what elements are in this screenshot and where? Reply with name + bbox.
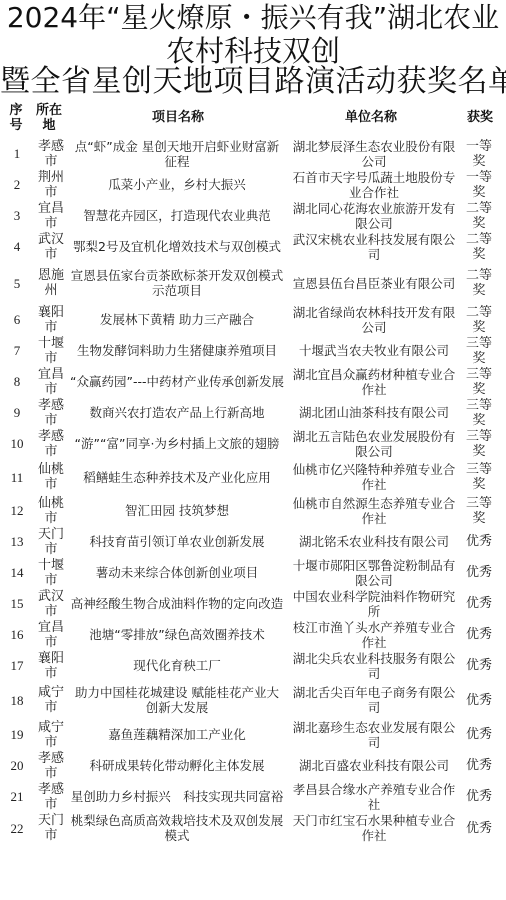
cell-unit: 武汉宋桃农业科技发展有限公司 [288,231,460,262]
cell-project-text: 薯动未来综合体创新创业项目 [96,565,259,580]
table-row: 3 宜昌市 智慧花卉园区，打造现代农业典范 湖北同心花海农业旅游开发有限公司 二… [0,200,506,231]
table-header: 序号 所在地 项目名称 单位名称 获奖 [0,101,506,135]
cell-award: 优秀 [462,781,496,812]
table-row: 7 十堰市 生物发酵饲料助力生猪健康养殖项目 十堰武当农夫牧业有限公司 三等奖 [0,335,506,366]
cell-number: 13 [6,526,28,557]
cell-city-text: 仙桃市 [36,496,66,526]
cell-unit-text: 湖北舌尖百年电子商务有限公司 [288,685,460,715]
cell-number: 8 [6,366,28,397]
cell-unit: 湖北团山油茶科技有限公司 [288,397,460,428]
table-row: 22 天门市 桃梨绿色高质高效栽培技术及双创发展模式 天门市红宝石水果种植专业合… [0,812,506,844]
cell-project: 鄂梨2号及宜机化增效技术与双创模式 [70,231,284,262]
cell-city: 孝感市 [36,428,66,459]
cell-unit-text: 湖北宜昌众赢药材种植专业合作社 [288,367,460,397]
cell-unit: 天门市红宝石水果种植专业合作社 [288,812,460,844]
cell-no-text: 10 [11,436,24,451]
table-row: 17 襄阳市 现代化育秧工厂 湖北尖兵农业科技服务有限公司 优秀 [0,650,506,681]
cell-unit: 石首市天字号瓜蔬土地股份专业合作社 [288,169,460,200]
cell-project: “众赢药园”---中药材产业传承创新发展 [70,366,284,397]
cell-project: 数商兴农打造农产品上行新高地 [70,397,284,428]
cell-award-text: 三等奖 [462,462,496,492]
cell-award-text: 二等奖 [462,268,496,298]
cell-unit-text: 石首市天字号瓜蔬土地股份专业合作社 [288,170,460,200]
cell-city-text: 武汉市 [36,232,66,262]
cell-award: 优秀 [462,750,496,781]
cell-city: 孝感市 [36,138,66,169]
cell-number: 21 [6,781,28,812]
cell-award-text: 三等奖 [462,367,496,397]
cell-award: 优秀 [462,526,496,557]
cell-project: 现代化育秧工厂 [70,650,284,681]
cell-no-text: 12 [11,503,24,518]
cell-no-text: 22 [11,821,24,836]
cell-city: 孝感市 [36,781,66,812]
cell-project-text: “游”“富”同享·为乡村插上文旅的翅膀 [75,436,280,451]
table-row: 4 武汉市 鄂梨2号及宜机化增效技术与双创模式 武汉宋桃农业科技发展有限公司 二… [0,231,506,262]
cell-project-text: 桃梨绿色高质高效栽培技术及双创发展模式 [70,813,284,843]
cell-project: 高神经酸生物合成油料作物的定向改造 [70,588,284,619]
cell-number: 17 [6,650,28,681]
cell-no-text: 9 [14,405,21,420]
cell-city-text: 宜昌市 [36,201,66,231]
cell-number: 1 [6,138,28,169]
cell-unit-text: 湖北同心花海农业旅游开发有限公司 [288,201,460,231]
cell-number: 22 [6,812,28,844]
table-row: 15 武汉市 高神经酸生物合成油料作物的定向改造 中国农业科学院油料作物研究所 … [0,588,506,619]
cell-city-text: 武汉市 [36,589,66,619]
cell-city: 武汉市 [36,588,66,619]
cell-unit: 枝江市渔丫头水产养殖专业合作社 [288,619,460,650]
cell-unit-text: 仙桃市自然源生态养殖专业合作社 [288,496,460,526]
cell-city: 襄阳市 [36,650,66,681]
cell-award: 优秀 [462,588,496,619]
cell-project: 发展林下黄精 助力三产融合 [70,304,284,335]
cell-award-text: 三等奖 [462,336,496,366]
table-row: 6 襄阳市 发展林下黄精 助力三产融合 湖北省绿尚农林科技开发有限公司 二等奖 [0,304,506,335]
cell-award-text: 优秀 [466,758,492,773]
cell-city-text: 孝感市 [36,782,66,812]
cell-number: 3 [6,200,28,231]
cell-number: 11 [6,459,28,495]
cell-unit-text: 湖北嘉珍生态农业发展有限公司 [288,720,460,750]
cell-city-text: 十堰市 [36,336,66,366]
cell-award-text: 优秀 [466,627,492,642]
cell-project-text: 嘉鱼莲藕精深加工产业化 [108,727,246,742]
cell-no-text: 21 [11,789,24,804]
cell-project: 稻鳝蛙生态种养技术及产业化应用 [70,459,284,495]
cell-number: 18 [6,681,28,719]
cell-project: 瓜菜小产业，乡村大振兴 [70,169,284,200]
cell-number: 9 [6,397,28,428]
cell-award-text: 一等奖 [462,139,496,169]
cell-city: 荆州市 [36,169,66,200]
cell-project: 点“虾”成金 星创天地开启虾业财富新征程 [70,138,284,169]
cell-no-text: 8 [14,374,21,389]
cell-award: 优秀 [462,650,496,681]
cell-unit: 孝昌县合缘水产养殖专业合作社 [288,781,460,812]
cell-award-text: 优秀 [466,821,492,836]
cell-project-text: 智汇田园 技筑梦想 [125,503,229,518]
cell-project: 智汇田园 技筑梦想 [70,495,284,526]
cell-number: 5 [6,262,28,304]
cell-no-text: 7 [14,343,21,358]
cell-unit: 湖北尖兵农业科技服务有限公司 [288,650,460,681]
title-line-3: 暨全省星创天地项目路演活动获奖名单 [0,66,506,98]
cell-city: 十堰市 [36,335,66,366]
cell-city-text: 恩施州 [36,268,66,298]
cell-award: 二等奖 [462,262,496,304]
cell-project: 科研成果转化带动孵化主体发展 [70,750,284,781]
cell-city-text: 孝感市 [36,139,66,169]
cell-project-text: 现代化育秧工厂 [133,658,221,673]
cell-unit-text: 湖北省绿尚农林科技开发有限公司 [288,305,460,335]
cell-award-text: 三等奖 [462,429,496,459]
cell-unit-text: 十堰武当农夫牧业有限公司 [299,343,449,358]
cell-unit: 湖北梦辰泽生态农业股份有限公司 [288,138,460,169]
cell-award-text: 二等奖 [462,305,496,335]
cell-number: 6 [6,304,28,335]
cell-city: 宜昌市 [36,366,66,397]
cell-number: 2 [6,169,28,200]
table-row: 21 孝感市 星创助力乡村振兴 科技实现共同富裕 孝昌县合缘水产养殖专业合作社 … [0,781,506,812]
cell-city-text: 天门市 [36,813,66,843]
cell-project-text: 星创助力乡村振兴 科技实现共同富裕 [71,789,284,804]
cell-unit-text: 仙桃市亿兴隆特种养殖专业合作社 [288,462,460,492]
cell-no-text: 15 [11,596,24,611]
cell-city-text: 孝感市 [36,429,66,459]
cell-project: 池塘“零排放”绿色高效圈养技术 [70,619,284,650]
header-unit: 单位名称 [284,110,458,125]
cell-number: 7 [6,335,28,366]
cell-number: 15 [6,588,28,619]
table-row: 9 孝感市 数商兴农打造农产品上行新高地 湖北团山油茶科技有限公司 三等奖 [0,397,506,428]
cell-unit-text: 十堰市郧阳区鄂鲁淀粉制品有限公司 [288,558,460,588]
cell-project-text: 发展林下黄精 助力三产融合 [100,312,254,327]
cell-unit: 仙桃市自然源生态养殖专业合作社 [288,495,460,526]
cell-number: 10 [6,428,28,459]
cell-unit-text: 中国农业科学院油料作物研究所 [288,589,460,619]
table-row: 20 孝感市 科研成果转化带动孵化主体发展 湖北百盛农业科技有限公司 优秀 [0,750,506,781]
cell-city: 襄阳市 [36,304,66,335]
cell-project: “游”“富”同享·为乡村插上文旅的翅膀 [70,428,284,459]
cell-city: 武汉市 [36,231,66,262]
title-line-1: 2024年“星火燎原・振兴有我”湖北农业 [0,2,506,34]
cell-unit: 十堰市郧阳区鄂鲁淀粉制品有限公司 [288,557,460,588]
cell-city: 仙桃市 [36,459,66,495]
cell-city: 天门市 [36,526,66,557]
cell-no-text: 14 [11,565,24,580]
cell-no-text: 4 [14,239,21,254]
cell-award-text: 二等奖 [462,232,496,262]
cell-no-text: 3 [14,208,21,223]
cell-unit-text: 宣恩县伍台昌臣茶业有限公司 [293,276,456,291]
cell-unit: 湖北铭禾农业科技有限公司 [288,526,460,557]
cell-city: 恩施州 [36,262,66,304]
cell-number: 4 [6,231,28,262]
cell-project-text: 瓜菜小产业，乡村大振兴 [108,177,246,192]
table-row: 19 咸宁市 嘉鱼莲藕精深加工产业化 湖北嘉珍生态农业发展有限公司 优秀 [0,719,506,750]
cell-award: 一等奖 [462,138,496,169]
cell-city: 孝感市 [36,397,66,428]
cell-city: 宜昌市 [36,619,66,650]
cell-number: 19 [6,719,28,750]
cell-project: 助力中国桂花城建设 赋能桂花产业大创新大发展 [70,681,284,719]
table-row: 18 咸宁市 助力中国桂花城建设 赋能桂花产业大创新大发展 湖北舌尖百年电子商务… [0,681,506,719]
table-row: 12 仙桃市 智汇田园 技筑梦想 仙桃市自然源生态养殖专业合作社 三等奖 [0,495,506,526]
table-row: 13 天门市 科技育苗引领订单农业创新发展 湖北铭禾农业科技有限公司 优秀 [0,526,506,557]
cell-no-text: 5 [14,276,21,291]
cell-award-text: 优秀 [466,693,492,708]
cell-unit: 湖北舌尖百年电子商务有限公司 [288,681,460,719]
cell-award: 二等奖 [462,231,496,262]
cell-no-text: 20 [11,758,24,773]
cell-city-text: 荆州市 [36,170,66,200]
cell-award: 三等奖 [462,397,496,428]
cell-number: 14 [6,557,28,588]
cell-city: 咸宁市 [36,681,66,719]
cell-no-text: 6 [14,312,21,327]
cell-city: 仙桃市 [36,495,66,526]
cell-unit-text: 湖北百盛农业科技有限公司 [299,758,449,773]
cell-award: 三等奖 [462,495,496,526]
cell-number: 12 [6,495,28,526]
award-table-body: 1 孝感市 点“虾”成金 星创天地开启虾业财富新征程 湖北梦辰泽生态农业股份有限… [0,138,506,844]
cell-project-text: 高神经酸生物合成油料作物的定向改造 [71,596,284,611]
cell-city-text: 孝感市 [36,398,66,428]
cell-unit: 湖北宜昌众赢药材种植专业合作社 [288,366,460,397]
cell-unit-text: 湖北团山油茶科技有限公司 [299,405,449,420]
cell-city-text: 宜昌市 [36,367,66,397]
cell-project: 薯动未来综合体创新创业项目 [70,557,284,588]
table-row: 5 恩施州 宣恩县伍家台贡茶欧标茶开发双创模式示范项目 宣恩县伍台昌臣茶业有限公… [0,262,506,304]
cell-project-text: 宣恩县伍家台贡茶欧标茶开发双创模式示范项目 [70,268,284,298]
cell-project-text: 科技育苗引领订单农业创新发展 [89,534,264,549]
cell-award: 优秀 [462,719,496,750]
cell-project-text: 池塘“零排放”绿色高效圈养技术 [89,627,264,642]
cell-city-text: 襄阳市 [36,305,66,335]
cell-award: 优秀 [462,619,496,650]
cell-award: 优秀 [462,812,496,844]
cell-award: 优秀 [462,557,496,588]
cell-city-text: 宜昌市 [36,620,66,650]
cell-project: 智慧花卉园区，打造现代农业典范 [70,200,284,231]
cell-city-text: 仙桃市 [36,462,66,492]
cell-project-text: 点“虾”成金 星创天地开启虾业财富新征程 [70,139,284,169]
cell-project: 宣恩县伍家台贡茶欧标茶开发双创模式示范项目 [70,262,284,304]
cell-project-text: 助力中国桂花城建设 赋能桂花产业大创新大发展 [70,685,284,715]
cell-city: 宜昌市 [36,200,66,231]
cell-no-text: 13 [11,534,24,549]
cell-project: 生物发酵饲料助力生猪健康养殖项目 [70,335,284,366]
cell-unit-text: 孝昌县合缘水产养殖专业合作社 [288,782,460,812]
cell-award-text: 三等奖 [462,496,496,526]
cell-city-text: 咸宁市 [36,685,66,715]
cell-award-text: 优秀 [466,727,492,742]
header-number: 序号 [8,103,24,133]
cell-unit-text: 天门市红宝石水果种植专业合作社 [288,813,460,843]
cell-project-text: 数商兴农打造农产品上行新高地 [89,405,264,420]
table-row: 1 孝感市 点“虾”成金 星创天地开启虾业财富新征程 湖北梦辰泽生态农业股份有限… [0,138,506,169]
header-award: 获奖 [462,110,498,125]
cell-award-text: 优秀 [466,789,492,804]
table-row: 11 仙桃市 稻鳝蛙生态种养技术及产业化应用 仙桃市亿兴隆特种养殖专业合作社 三… [0,459,506,495]
cell-no-text: 1 [14,146,21,161]
cell-award: 一等奖 [462,169,496,200]
cell-unit: 中国农业科学院油料作物研究所 [288,588,460,619]
header-city: 所在地 [34,103,64,133]
cell-project-text: 科研成果转化带动孵化主体发展 [89,758,264,773]
cell-unit: 湖北百盛农业科技有限公司 [288,750,460,781]
title-line-2: 农村科技双创 [0,35,506,67]
cell-award-text: 三等奖 [462,398,496,428]
cell-number: 16 [6,619,28,650]
cell-city: 天门市 [36,812,66,844]
cell-unit: 湖北同心花海农业旅游开发有限公司 [288,200,460,231]
table-row: 2 荆州市 瓜菜小产业，乡村大振兴 石首市天字号瓜蔬土地股份专业合作社 一等奖 [0,169,506,200]
cell-no-text: 17 [11,658,24,673]
cell-project: 星创助力乡村振兴 科技实现共同富裕 [70,781,284,812]
cell-award: 三等奖 [462,459,496,495]
cell-project-text: “众赢药园”---中药材产业传承创新发展 [70,374,284,389]
cell-city-text: 孝感市 [36,751,66,781]
cell-award-text: 一等奖 [462,170,496,200]
cell-no-text: 16 [11,627,24,642]
cell-project: 桃梨绿色高质高效栽培技术及双创发展模式 [70,812,284,844]
cell-unit-text: 湖北梦辰泽生态农业股份有限公司 [288,139,460,169]
cell-project: 嘉鱼莲藕精深加工产业化 [70,719,284,750]
cell-unit-text: 湖北五言陆色农业发展股份有限公司 [288,429,460,459]
cell-unit-text: 湖北尖兵农业科技服务有限公司 [288,651,460,681]
cell-unit-text: 枝江市渔丫头水产养殖专业合作社 [288,620,460,650]
cell-city: 孝感市 [36,750,66,781]
cell-project-text: 生物发酵饲料助力生猪健康养殖项目 [77,343,277,358]
table-row: 14 十堰市 薯动未来综合体创新创业项目 十堰市郧阳区鄂鲁淀粉制品有限公司 优秀 [0,557,506,588]
cell-project-text: 鄂梨2号及宜机化增效技术与双创模式 [73,239,281,254]
cell-award: 三等奖 [462,366,496,397]
cell-award: 优秀 [462,681,496,719]
cell-award-text: 优秀 [466,565,492,580]
cell-city-text: 咸宁市 [36,720,66,750]
cell-project: 科技育苗引领订单农业创新发展 [70,526,284,557]
cell-city-text: 十堰市 [36,558,66,588]
cell-unit: 湖北五言陆色农业发展股份有限公司 [288,428,460,459]
cell-no-text: 19 [11,727,24,742]
cell-unit-text: 湖北铭禾农业科技有限公司 [299,534,449,549]
cell-award: 二等奖 [462,200,496,231]
table-row: 8 宜昌市 “众赢药园”---中药材产业传承创新发展 湖北宜昌众赢药材种植专业合… [0,366,506,397]
cell-no-text: 18 [11,693,24,708]
cell-unit: 湖北嘉珍生态农业发展有限公司 [288,719,460,750]
cell-unit: 湖北省绿尚农林科技开发有限公司 [288,304,460,335]
cell-award: 三等奖 [462,428,496,459]
cell-city: 十堰市 [36,557,66,588]
cell-city-text: 天门市 [36,527,66,557]
cell-award-text: 二等奖 [462,201,496,231]
table-row: 16 宜昌市 池塘“零排放”绿色高效圈养技术 枝江市渔丫头水产养殖专业合作社 优… [0,619,506,650]
cell-unit: 十堰武当农夫牧业有限公司 [288,335,460,366]
header-project: 项目名称 [72,110,284,125]
cell-project-text: 稻鳝蛙生态种养技术及产业化应用 [83,470,271,485]
cell-city: 咸宁市 [36,719,66,750]
cell-project-text: 智慧花卉园区，打造现代农业典范 [83,208,271,223]
cell-award-text: 优秀 [466,596,492,611]
cell-award-text: 优秀 [466,534,492,549]
cell-award-text: 优秀 [466,658,492,673]
cell-city-text: 襄阳市 [36,651,66,681]
cell-unit: 仙桃市亿兴隆特种养殖专业合作社 [288,459,460,495]
cell-award: 二等奖 [462,304,496,335]
cell-no-text: 11 [11,470,24,485]
cell-no-text: 2 [14,177,21,192]
cell-award: 三等奖 [462,335,496,366]
table-row: 10 孝感市 “游”“富”同享·为乡村插上文旅的翅膀 湖北五言陆色农业发展股份有… [0,428,506,459]
cell-number: 20 [6,750,28,781]
cell-unit: 宣恩县伍台昌臣茶业有限公司 [288,262,460,304]
cell-unit-text: 武汉宋桃农业科技发展有限公司 [288,232,460,262]
